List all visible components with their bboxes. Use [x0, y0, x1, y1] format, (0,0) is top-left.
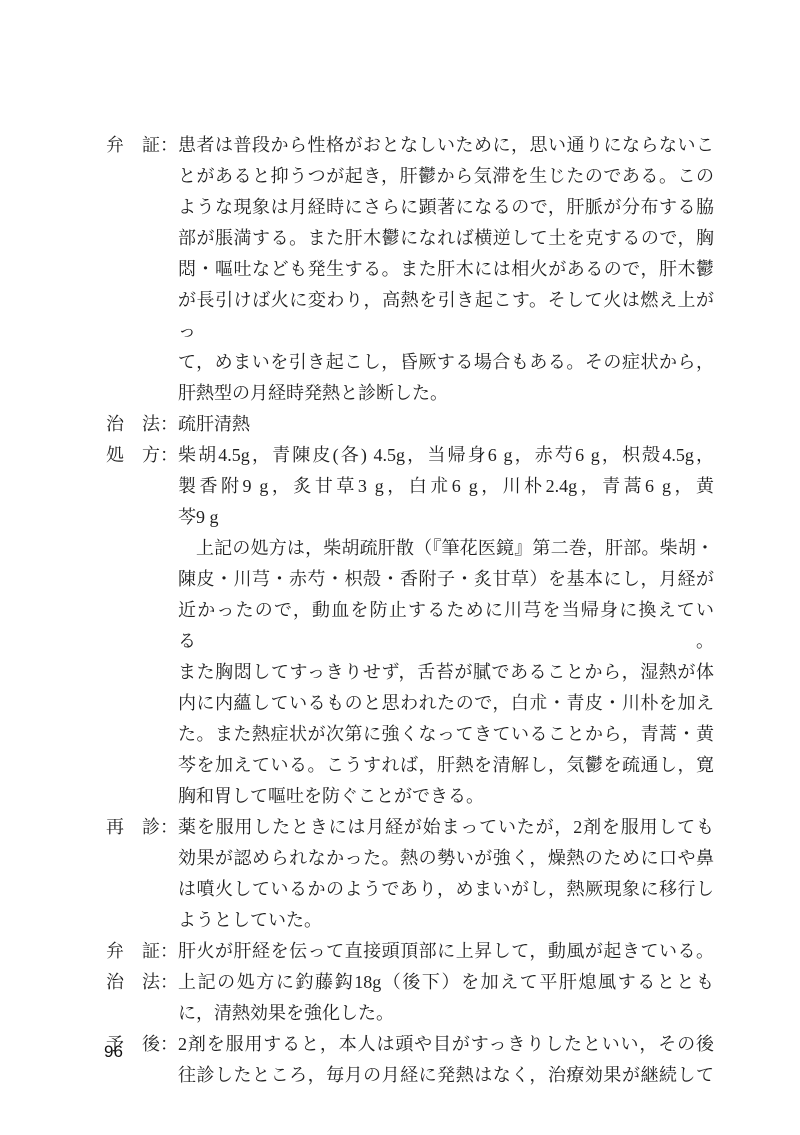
section-label [106, 378, 178, 409]
text-line: 胸和胃して嘔吐を防ぐことができる。 [106, 781, 714, 812]
line-text: 近かったので，動血を防止するために川芎を当帰身に換えている。 [178, 595, 714, 657]
section-label: 弁 証： [106, 936, 178, 967]
section-label: 治 法： [106, 967, 178, 998]
text-line: 治 法：上記の処方に釣藤鈎18g（後下）を加えて平肝熄風するととも [106, 967, 714, 998]
text-line: に，清熱効果を強化した。 [106, 998, 714, 1029]
section-label [106, 161, 178, 192]
line-text: また胸悶してすっきりせず，舌苔が膩であることから，湿熱が体 [178, 657, 714, 688]
line-text: 上記の処方に釣藤鈎18g（後下）を加えて平肝熄風するととも [178, 967, 714, 998]
section-label [106, 533, 178, 564]
text-line: とがあると抑うつが起き，肝鬱から気滞を生じたのである。この [106, 161, 714, 192]
section-label: 弁 証： [106, 130, 178, 161]
text-line: ようとしていた。 [106, 905, 714, 936]
section-label: 処 方： [106, 440, 178, 471]
section-label [106, 285, 178, 347]
line-text: 芩9 g [178, 502, 714, 533]
line-text: に，清熱効果を強化した。 [178, 998, 714, 1029]
section-label [106, 998, 178, 1029]
line-text: 上記の処方は，柴胡疏肝散（『筆花医鏡』第二巻，肝部。柴胡・ [178, 533, 714, 564]
text-line: 再 診：薬を服用したときには月経が始まっていたが，2剤を服用しても [106, 812, 714, 843]
text-line: 治 法：疏肝清熱 [106, 409, 714, 440]
line-text: 薬を服用したときには月経が始まっていたが，2剤を服用しても [178, 812, 714, 843]
section-label [106, 688, 178, 719]
text-line: た。また熱症状が次第に強くなってきていることから，青蒿・黄 [106, 719, 714, 750]
section-label [106, 781, 178, 812]
text-line: 往診したところ，毎月の月経に発熱はなく，治療効果が継続して [106, 1060, 714, 1091]
line-text: が長引けば火に変わり，高熱を引き起こす。そして火は燃え上がっ [178, 285, 714, 347]
text-line: て，めまいを引き起こし，昏厥する場合もある。その症状から， [106, 347, 714, 378]
section-label [106, 564, 178, 595]
line-text: 往診したところ，毎月の月経に発熱はなく，治療効果が継続して [178, 1060, 714, 1091]
text-line: 肝熱型の月経時発熱と診断した。 [106, 378, 714, 409]
line-text: とがあると抑うつが起き，肝鬱から気滞を生じたのである。この [178, 161, 714, 192]
case-text-block: 弁 証：患者は普段から性格がおとなしいために，思い通りにならないことがあると抑う… [106, 130, 714, 1091]
line-text: 疏肝清熱 [178, 409, 714, 440]
section-label [106, 1060, 178, 1091]
text-line: また胸悶してすっきりせず，舌苔が膩であることから，湿熱が体 [106, 657, 714, 688]
line-text: 患者は普段から性格がおとなしいために，思い通りにならないこ [178, 130, 714, 161]
text-line: ような現象は月経時にさらに顕著になるので，肝脈が分布する脇 [106, 192, 714, 223]
text-line: 陳皮・川芎・赤芍・枳殻・香附子・炙甘草）を基本にし，月経が [106, 564, 714, 595]
text-line: 内に内蘊しているものと思われたので，白朮・青皮・川朴を加え [106, 688, 714, 719]
page-number: 96 [104, 1042, 123, 1062]
text-line: が長引けば火に変わり，高熱を引き起こす。そして火は燃え上がっ [106, 285, 714, 347]
line-text: 肝火が肝経を伝って直接頭頂部に上昇して，動風が起きている。 [178, 936, 714, 967]
section-label [106, 223, 178, 254]
text-line: 芩9 g [106, 502, 714, 533]
section-label [106, 192, 178, 223]
section-label: 再 診： [106, 812, 178, 843]
line-text: 2剤を服用すると，本人は頭や目がすっきりしたといい，その後 [178, 1029, 714, 1060]
line-text: 内に内蘊しているものと思われたので，白朮・青皮・川朴を加え [178, 688, 714, 719]
text-line: 部が脹満する。また肝木鬱になれば横逆して土を克するので，胸 [106, 223, 714, 254]
text-line: 効果が認められなかった。熱の勢いが強く，燥熱のために口や鼻 [106, 843, 714, 874]
line-text: ようとしていた。 [178, 905, 714, 936]
section-label [106, 254, 178, 285]
line-text: 効果が認められなかった。熱の勢いが強く，燥熱のために口や鼻 [178, 843, 714, 874]
line-text: た。また熱症状が次第に強くなってきていることから，青蒿・黄 [178, 719, 714, 750]
section-label: 治 法： [106, 409, 178, 440]
line-text: 悶・嘔吐なども発生する。また肝木には相火があるので，肝木鬱 [178, 254, 714, 285]
text-line: 上記の処方は，柴胡疏肝散（『筆花医鏡』第二巻，肝部。柴胡・ [106, 533, 714, 564]
line-text: 芩を加えている。こうすれば，肝熱を清解し，気鬱を疏通し，寛 [178, 750, 714, 781]
text-line: 予 後：2剤を服用すると，本人は頭や目がすっきりしたといい，その後 [106, 1029, 714, 1060]
text-line: は噴火しているかのようであり，めまいがし，熱厥現象に移行し [106, 874, 714, 905]
text-line: 処 方：柴胡4.5g，青陳皮(各) 4.5g，当帰身6 g，赤芍6 g，枳殻4.… [106, 440, 714, 471]
section-label [106, 471, 178, 502]
line-text: ような現象は月経時にさらに顕著になるので，肝脈が分布する脇 [178, 192, 714, 223]
text-line: 近かったので，動血を防止するために川芎を当帰身に換えている。 [106, 595, 714, 657]
line-text: は噴火しているかのようであり，めまいがし，熱厥現象に移行し [178, 874, 714, 905]
line-text: 製香附9 g，炙甘草3 g，白朮6 g，川朴2.4g，青蒿6 g，黄 [178, 471, 714, 502]
line-text: 柴胡4.5g，青陳皮(各) 4.5g，当帰身6 g，赤芍6 g，枳殻4.5g， [178, 440, 714, 471]
text-line: 弁 証：肝火が肝経を伝って直接頭頂部に上昇して，動風が起きている。 [106, 936, 714, 967]
section-label [106, 719, 178, 750]
line-text: 胸和胃して嘔吐を防ぐことができる。 [178, 781, 714, 812]
section-label [106, 347, 178, 378]
section-label [106, 657, 178, 688]
section-label [106, 750, 178, 781]
section-label [106, 874, 178, 905]
text-line: 悶・嘔吐なども発生する。また肝木には相火があるので，肝木鬱 [106, 254, 714, 285]
text-line: 弁 証：患者は普段から性格がおとなしいために，思い通りにならないこ [106, 130, 714, 161]
line-text: 陳皮・川芎・赤芍・枳殻・香附子・炙甘草）を基本にし，月経が [178, 564, 714, 595]
document-page: 弁 証：患者は普段から性格がおとなしいために，思い通りにならないことがあると抑う… [0, 0, 800, 1135]
section-label [106, 595, 178, 657]
text-line: 製香附9 g，炙甘草3 g，白朮6 g，川朴2.4g，青蒿6 g，黄 [106, 471, 714, 502]
section-label [106, 905, 178, 936]
text-line: 芩を加えている。こうすれば，肝熱を清解し，気鬱を疏通し，寛 [106, 750, 714, 781]
line-text: て，めまいを引き起こし，昏厥する場合もある。その症状から， [178, 347, 714, 378]
section-label [106, 502, 178, 533]
line-text: 部が脹満する。また肝木鬱になれば横逆して土を克するので，胸 [178, 223, 714, 254]
section-label [106, 843, 178, 874]
line-text: 肝熱型の月経時発熱と診断した。 [178, 378, 714, 409]
